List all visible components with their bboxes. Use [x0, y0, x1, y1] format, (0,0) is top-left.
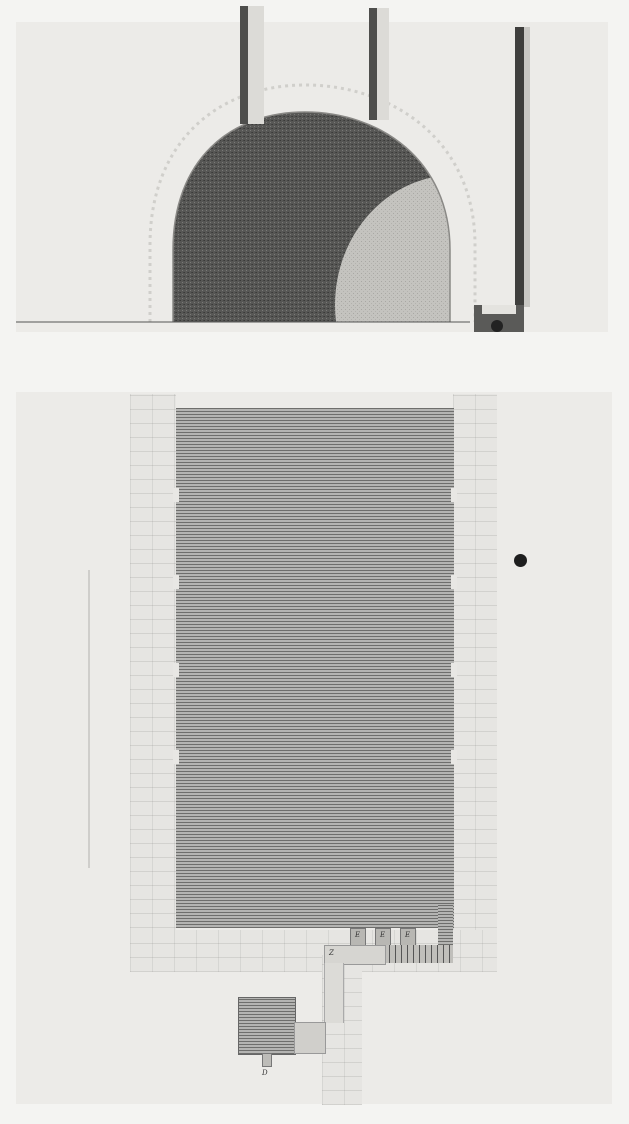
plan-chamber-floor — [176, 408, 454, 928]
shaft-left — [240, 6, 248, 124]
plan-annex — [238, 997, 296, 1055]
plan-annex-outlet — [262, 1053, 272, 1067]
pilaster-right-3 — [451, 663, 457, 677]
plan-steps — [383, 945, 453, 963]
plan-wall-right — [453, 394, 497, 970]
pilaster-right-4 — [451, 750, 457, 764]
plan-annex-link — [294, 1022, 326, 1054]
label-recess-2: E — [380, 931, 385, 939]
pilaster-right-2 — [451, 575, 457, 589]
section-svg — [0, 0, 629, 340]
label-annex: D — [262, 1069, 268, 1077]
plan-wall-left — [130, 394, 176, 970]
plan-step-landing — [438, 905, 453, 945]
pilaster-left-2 — [173, 575, 179, 589]
pilaster-right-1 — [451, 488, 457, 502]
flue-right — [515, 27, 524, 307]
vault-interior — [170, 100, 575, 340]
shaft-right — [369, 8, 377, 120]
pilaster-left-4 — [173, 750, 179, 764]
pilaster-left-1 — [173, 488, 179, 502]
label-passage: Z — [329, 949, 334, 957]
plan-well — [514, 554, 527, 567]
label-recess-1: E — [355, 931, 360, 939]
plan-passage-corridor — [324, 963, 344, 1023]
pilaster-left-3 — [173, 663, 179, 677]
plan-faint-line — [88, 570, 90, 868]
label-recess-3: E — [405, 931, 410, 939]
